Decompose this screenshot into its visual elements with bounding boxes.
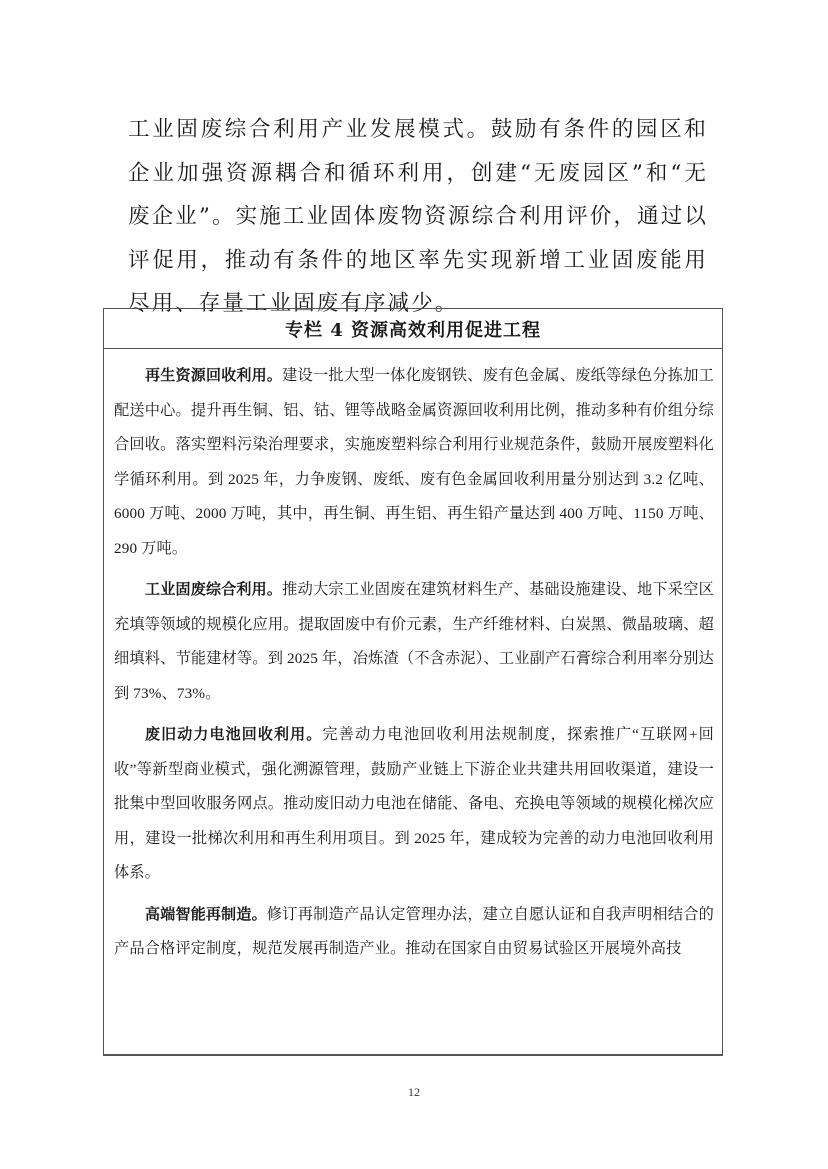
paragraph-recycling: 再生资源回收利用。建设一批大型一体化废钢铁、废有色金属、废纸等绿色分拣加工配送中… [114, 358, 714, 566]
paragraph-battery-recycling: 废旧动力电池回收利用。完善动力电池回收利用法规制度，探索推广“互联网+回收”等新… [114, 717, 714, 891]
paragraph-lead: 高端智能再制造。 [145, 905, 267, 923]
column-box-body: 再生资源回收利用。建设一批大型一体化废钢铁、废有色金属、废纸等绿色分拣加工配送中… [104, 349, 722, 967]
paragraph-remanufacturing: 高端智能再制造。修订再制造产品认定管理办法，建立自愿认证和自我声明相结合的产品合… [114, 897, 714, 967]
page-number: 12 [0, 1085, 828, 1100]
paragraph-text: 推动大宗工业固废在建筑材料生产、基础设施建设、地下采空区充填等领域的规模化应用。… [114, 581, 714, 702]
paragraph-text: 建设一批大型一体化废钢铁、废有色金属、废纸等绿色分拣加工配送中心。提升再生铜、铝… [114, 367, 714, 557]
paragraph-text: 完善动力电池回收利用法规制度，探索推广“互联网+回收”等新型商业模式，强化溯源管… [114, 726, 714, 881]
paragraph-industrial-solid-waste: 工业固废综合利用。推动大宗工业固废在建筑材料生产、基础设施建设、地下采空区充填等… [114, 572, 714, 711]
column-box-title: 专栏 4 资源高效利用促进工程 [104, 309, 722, 349]
intro-section: 工业固废综合利用产业发展模式。鼓励有条件的园区和企业加强资源耦合和循环利用，创建… [128, 108, 708, 326]
paragraph-lead: 工业固废综合利用。 [145, 580, 282, 598]
intro-paragraph: 工业固废综合利用产业发展模式。鼓励有条件的园区和企业加强资源耦合和循环利用，创建… [128, 108, 708, 326]
column-box: 专栏 4 资源高效利用促进工程 再生资源回收利用。建设一批大型一体化废钢铁、废有… [103, 308, 723, 1056]
paragraph-lead: 废旧动力电池回收利用。 [145, 725, 322, 743]
paragraph-lead: 再生资源回收利用。 [145, 366, 282, 384]
